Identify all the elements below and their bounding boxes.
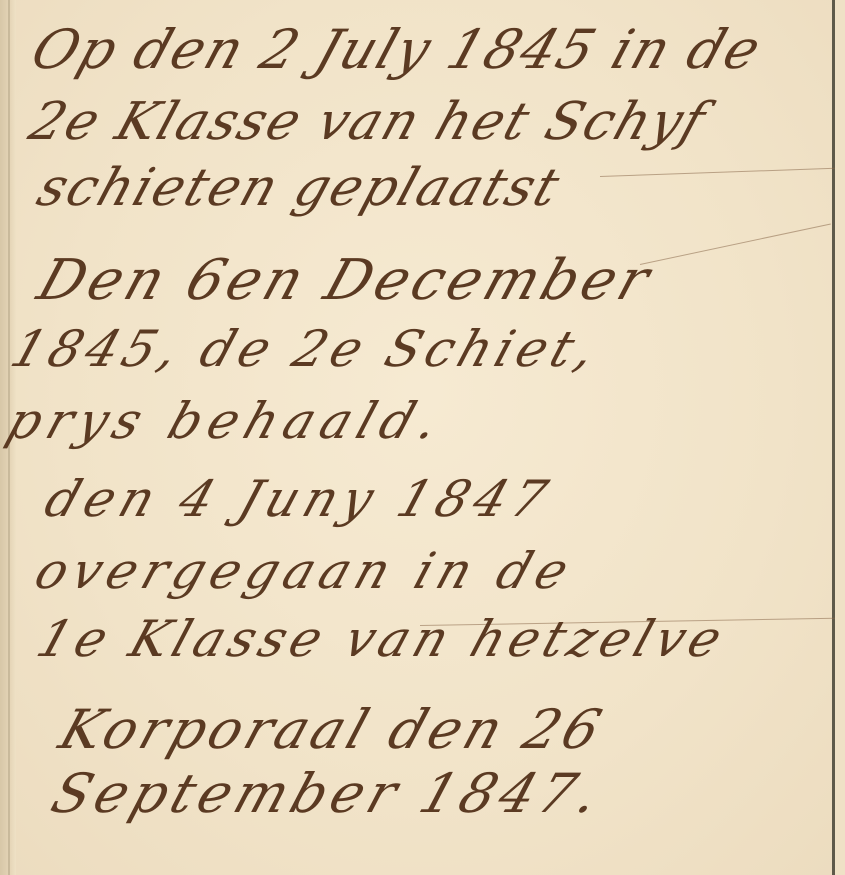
pen-stroke [600, 168, 835, 177]
handwritten-line: September 1847. [44, 762, 612, 825]
handwritten-line: Korporaal den 26 [52, 698, 613, 761]
handwritten-line: 1845, de 2e Schiet, [4, 320, 608, 378]
handwritten-line: 2e Klasse van het Schyf [22, 92, 714, 152]
pen-stroke [640, 223, 831, 265]
handwritten-line: prys behaald. [0, 392, 453, 450]
manuscript-page: Op den 2 July 1845 in de 2e Klasse van h… [0, 0, 845, 875]
handwritten-line: overgegaan in de [28, 542, 582, 600]
handwritten-line: Den 6en December [30, 248, 661, 313]
handwritten-line: schieten geplaatst [30, 158, 568, 218]
handwritten-line: Op den 2 July 1845 in de [24, 18, 770, 81]
handwritten-line: 1e Klasse van hetzelve [30, 610, 734, 668]
right-margin [835, 0, 845, 875]
handwritten-line: den 4 Juny 1847 [38, 470, 560, 528]
